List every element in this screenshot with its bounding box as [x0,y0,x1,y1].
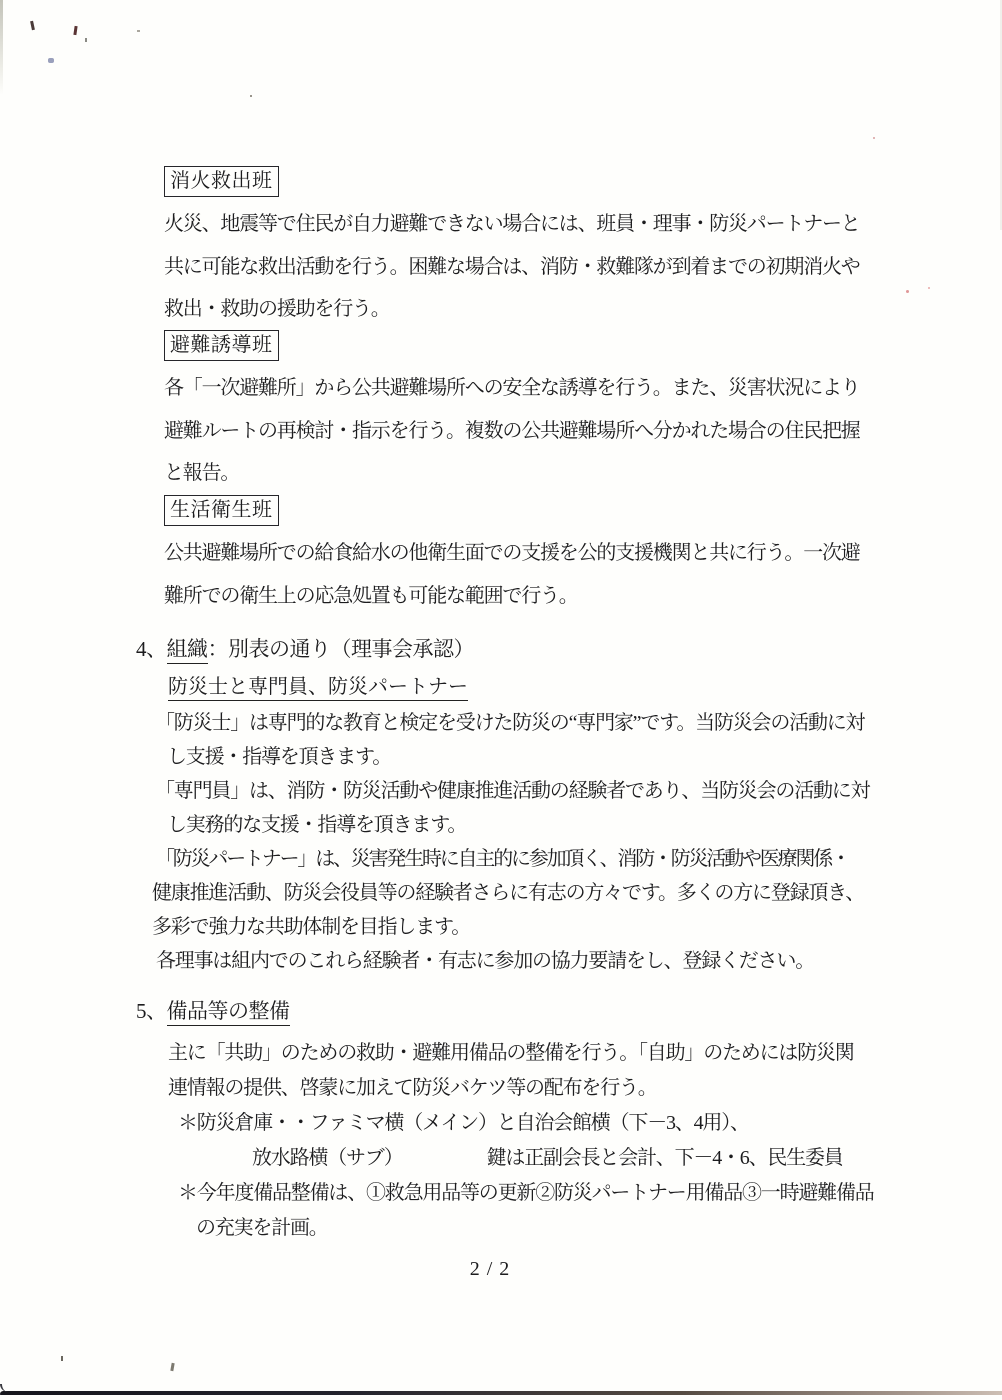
team-title-box: 生活衛生班 [164,495,279,526]
scan-speck [61,1356,63,1361]
section-heading: 4、組織：別表の通り（理事会承認） [136,634,1002,664]
section-heading: 5、備品等の整備 [136,996,1002,1026]
text-line: 連情報の提供、啓蒙に加えて防災バケツ等の配布を行う。 [168,1071,1002,1106]
page-number: 2 / 2 [0,1258,980,1281]
text-line: 放水路横（サブ） 鍵は正副会長と会計、下－4・6、民生委員 [252,1141,1002,1176]
scan-speck [873,137,875,139]
section-title: 組織 [167,637,208,664]
section-sanitation-team: 生活衛生班 公共避難場所での給食給水の他衛生面での支援を公的支援機関と共に行う。… [164,495,876,617]
section-subtitle: 防災士と専門員、防災パートナー [168,673,1002,702]
scan-speck [137,30,140,32]
text-line: 難所での衛生上の応急処置も可能な範囲で行う。 [164,575,876,618]
text-line: の充実を計画。 [196,1211,1002,1246]
text-line: し実務的な支援・指導を頂きます。 [167,808,1002,842]
scan-edge-artifact [0,0,3,95]
text-line: ＊今年度備品整備は、①救急用品等の更新②防災パートナー用備品③一時避難備品 [178,1176,1002,1211]
scan-speck [906,290,909,293]
scan-speck [928,287,930,289]
scan-speck [250,95,252,97]
text-line: 各理事は組内でのこれら経験者・有志に参加の協力要請をし、登録ください。 [156,944,1002,978]
section-evacuation-guide-team: 避難誘導班 各「一次避難所」から公共避難場所への安全な誘導を行う。また、災害状況… [164,330,876,495]
section-number: 5、 [136,999,167,1023]
scan-bottom-edge [0,1391,1002,1395]
section-equipment: 5、備品等の整備 主に「共助」のための救助・避難用備品の整備を行う。「自助」のた… [0,996,1002,1246]
section-body: 「防災士」は専門的な教育と検定を受けた防災の“専門家”です。当防災会の活動に対 … [0,706,1002,978]
text-line: し支援・指導を頂きます。 [167,740,1002,774]
text-line: 主に「共助」のための救助・避難用備品の整備を行う。「自助」のためには防災関 [168,1036,1002,1071]
scan-speck [85,38,87,42]
subtitle-text: 防災士と専門員、防災パートナー [168,676,468,701]
text-line: と報告。 [164,452,876,495]
team-title-box: 避難誘導班 [164,330,279,361]
scan-speck [170,1363,174,1371]
team-title-box: 消火救出班 [164,166,279,197]
text-line: 救出・救助の援助を行う。 [164,288,876,331]
text-line: 「専門員」は、消防・防災活動や健康推進活動の経験者であり、当防災会の活動に対 [155,774,1002,808]
section-organization: 4、組織：別表の通り（理事会承認） 防災士と専門員、防災パートナー 「防災士」は… [0,634,1002,978]
text-line: ＊防災倉庫・・ファミマ横（メイン）と自治会館横（下－3、4用）、 [178,1106,1002,1141]
section-fire-rescue-team: 消火救出班 火災、地震等で住民が自力避難できない場合には、班員・理事・防災パート… [164,166,876,331]
team-description: 火災、地震等で住民が自力避難できない場合には、班員・理事・防災パートナーと 共に… [164,203,876,331]
scan-speck [73,26,77,35]
text-line: 「防災士」は専門的な教育と検定を受けた防災の“専門家”です。当防災会の活動に対 [155,706,1002,740]
scan-speck [30,21,35,30]
text-line: 公共避難場所での給食給水の他衛生面での支援を公的支援機関と共に行う。一次避 [164,532,876,575]
scanned-document-page: 消火救出班 火災、地震等で住民が自力避難できない場合には、班員・理事・防災パート… [0,0,1002,1400]
text-line: 「防災パートナー」は、災害発生時に自主的に参加頂く、消防・防災活動や医療関係・ [155,842,1002,876]
scan-speck [48,58,54,63]
section-body: 主に「共助」のための救助・避難用備品の整備を行う。「自助」のためには防災関 連情… [0,1036,1002,1246]
section-title-suffix: ：別表の通り（理事会承認） [208,637,475,661]
text-line: 健康推進活動、防災会役員等の経験者さらに有志の方々です。多くの方に登録頂き、 [152,876,1002,910]
team-description: 各「一次避難所」から公共避難場所への安全な誘導を行う。また、災害状況により 避難… [164,367,876,495]
team-description: 公共避難場所での給食給水の他衛生面での支援を公的支援機関と共に行う。一次避 難所… [164,532,876,617]
text-line: 火災、地震等で住民が自力避難できない場合には、班員・理事・防災パートナーと [164,203,876,246]
text-line: 共に可能な救出活動を行う。困難な場合は、消防・救難隊が到着までの初期消火や [164,246,876,289]
text-line: 各「一次避難所」から公共避難場所への安全な誘導を行う。また、災害状況により [164,367,876,410]
section-title: 備品等の整備 [167,999,290,1026]
section-number: 4、 [136,637,167,661]
text-line: 多彩で強力な共助体制を目指します。 [152,910,1002,944]
text-line: 避難ルートの再検討・指示を行う。複数の公共避難場所へ分かれた場合の住民把握 [164,410,876,453]
